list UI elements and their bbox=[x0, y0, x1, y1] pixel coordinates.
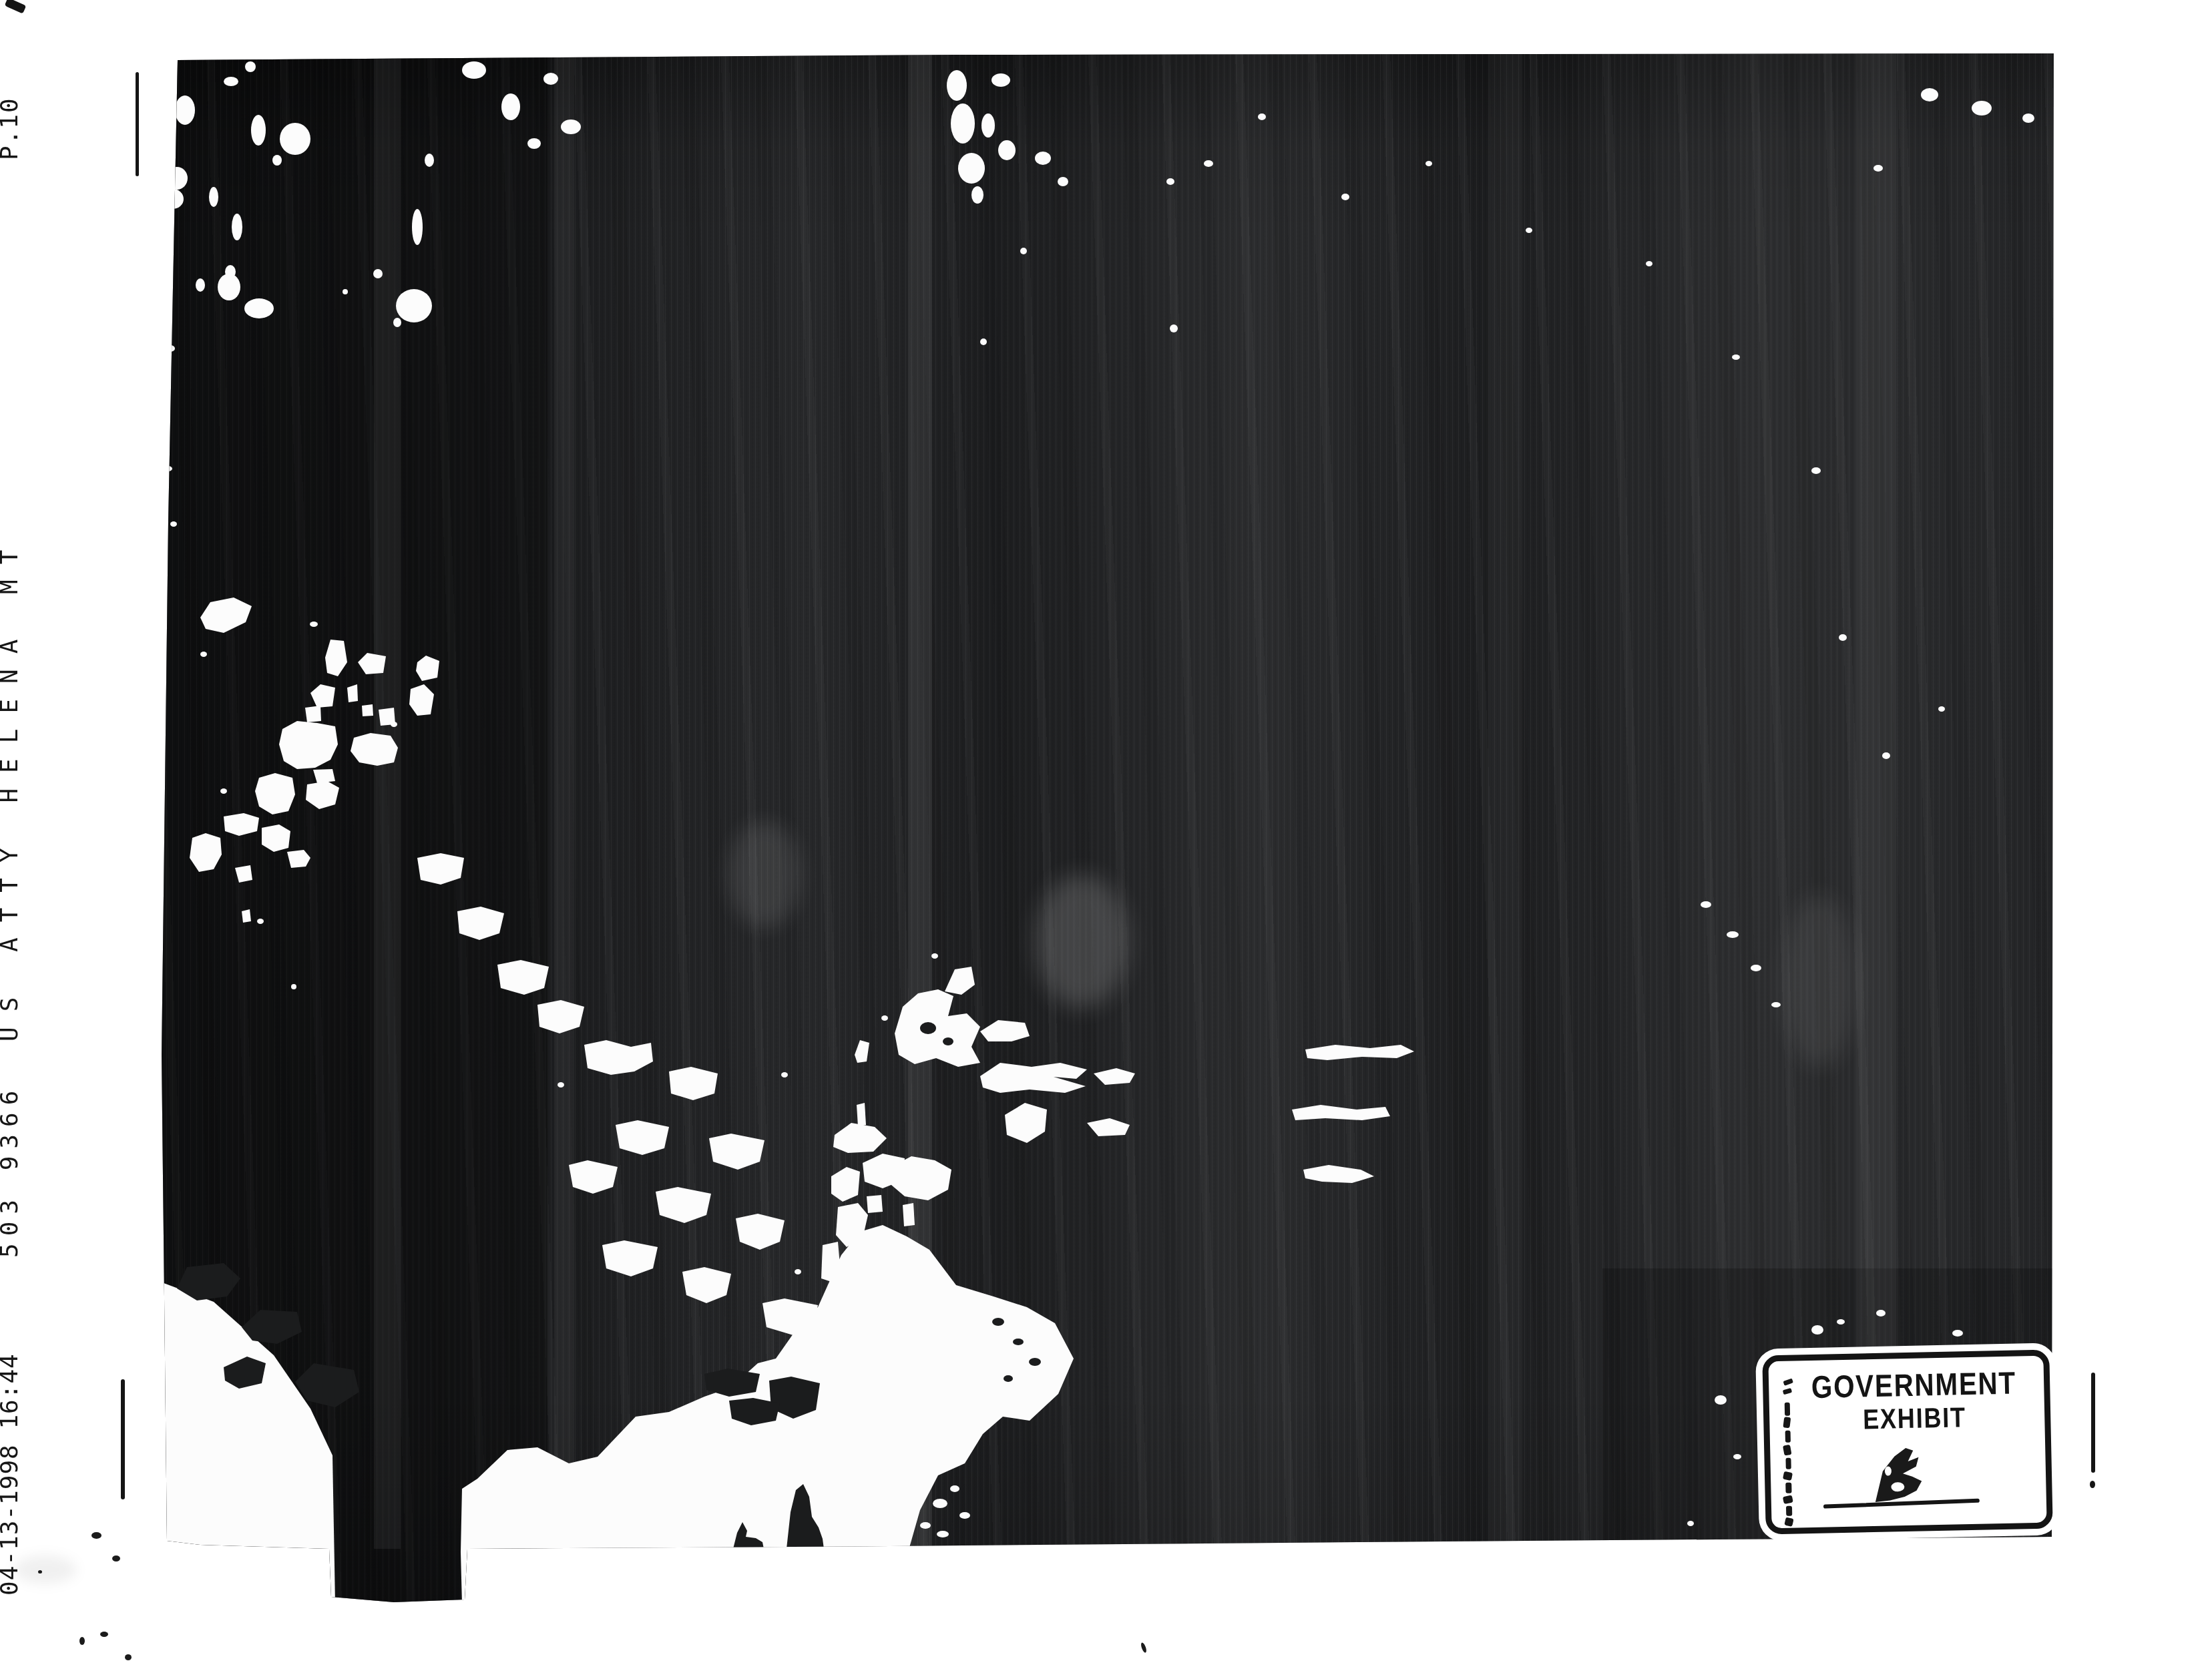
fax-document-page: 04-13-1998 16:44 503 9366 US ATTY HELENA… bbox=[0, 0, 2212, 1679]
registration-mark bbox=[136, 72, 139, 176]
stamp-title-line1: GOVERNMENT bbox=[1788, 1367, 2025, 1403]
registration-mark bbox=[2090, 1481, 2095, 1488]
registration-mark bbox=[2091, 1373, 2095, 1473]
government-exhibit-stamp: GOVERNMENT EXHIBIT bbox=[1762, 1350, 2053, 1535]
ink-speck bbox=[112, 1555, 120, 1562]
fax-header-sender: US ATTY HELENA MT bbox=[0, 535, 23, 1041]
handwritten-exhibit-number bbox=[1869, 1442, 1937, 1505]
stamp-title-line2: EXHIBIT bbox=[1789, 1402, 2026, 1435]
ink-speck bbox=[1140, 1642, 1147, 1653]
ink-speck bbox=[125, 1654, 132, 1660]
ink-speck bbox=[91, 1532, 101, 1539]
fax-header-datetime: 04-13-1998 16:44 bbox=[0, 1353, 23, 1596]
registration-mark bbox=[121, 1379, 125, 1499]
page-smudge bbox=[13, 1555, 77, 1584]
fax-header-number: 503 9366 bbox=[0, 1084, 23, 1258]
ink-speck bbox=[79, 1637, 85, 1645]
ink-speck bbox=[100, 1632, 108, 1637]
fax-header-page-number: P.10 bbox=[0, 97, 23, 160]
registration-mark bbox=[5, 0, 27, 14]
